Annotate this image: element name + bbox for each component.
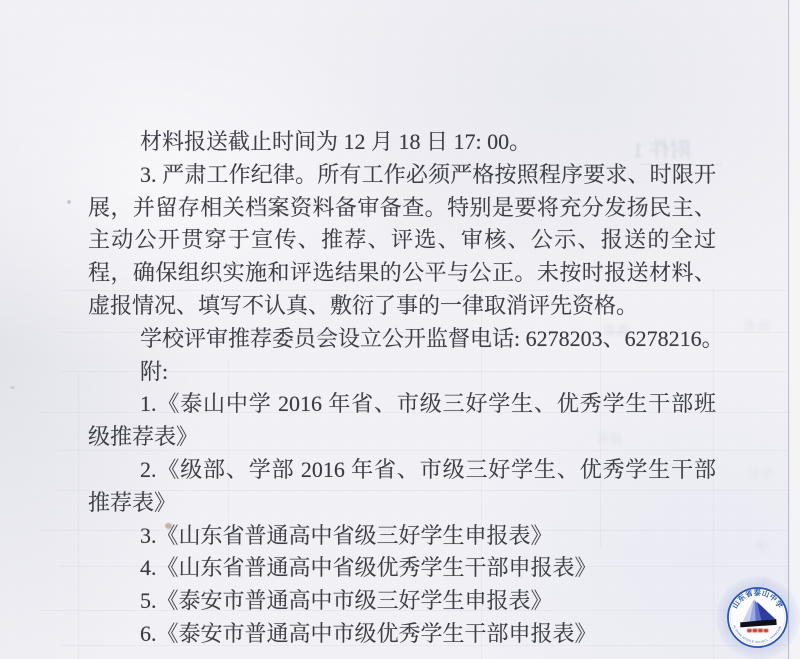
paragraph-discipline: 3. 严肃工作纪律。所有工作必须严格按照程序要求、时限开展，并留存相关档案资料备… bbox=[88, 159, 716, 323]
scanned-document-page: 附件 1 级部 姓名 推荐 学生 学 生 材料报送截止时间为 12 月 18 日… bbox=[0, 0, 800, 659]
bleedthrough-gridline bbox=[78, 372, 79, 659]
attachment-item-3: 3.《山东省普通高中省级三好学生申报表》 bbox=[88, 520, 716, 553]
paper-speck bbox=[67, 200, 71, 204]
bleedthrough-smudge: 学生 bbox=[748, 464, 774, 483]
attachment-item-4: 4.《山东省普通高中省级优秀学生干部申报表》 bbox=[88, 552, 716, 585]
bleedthrough-smudge: 学 bbox=[756, 538, 770, 558]
paragraph-attachments-heading: 附: bbox=[88, 356, 716, 389]
attachment-item-2: 2.《级部、学部 2016 年省、市级三好学生、优秀学生干部推荐表》 bbox=[88, 454, 716, 520]
document-body: 材料报送截止时间为 12 月 18 日 17: 00。 3. 严肃工作纪律。所有… bbox=[88, 126, 716, 651]
page-edge-line bbox=[788, 0, 789, 659]
paragraph-hotline: 学校评审推荐委员会设立公开监督电话: 6278203、6278216。 bbox=[88, 323, 716, 356]
attachment-item-5: 5.《泰安市普通高中市级三好学生申报表》 bbox=[88, 585, 716, 618]
school-seal-logo: 山东省泰山中学 TAI SHAN MIDDLE SCHOOL, SHANDONG bbox=[726, 586, 789, 649]
attachment-item-6: 6.《泰安市普通高中市级优秀学生干部申报表》 bbox=[88, 618, 716, 651]
attachment-item-1: 1.《泰山中学 2016 年省、市级三好学生、优秀学生干部班级推荐表》 bbox=[88, 388, 716, 454]
page-edge-margin bbox=[790, 0, 800, 659]
paper-speck bbox=[10, 386, 15, 389]
paragraph-deadline: 材料报送截止时间为 12 月 18 日 17: 00。 bbox=[88, 126, 716, 159]
bleedthrough-smudge: 姓名 bbox=[744, 316, 770, 335]
